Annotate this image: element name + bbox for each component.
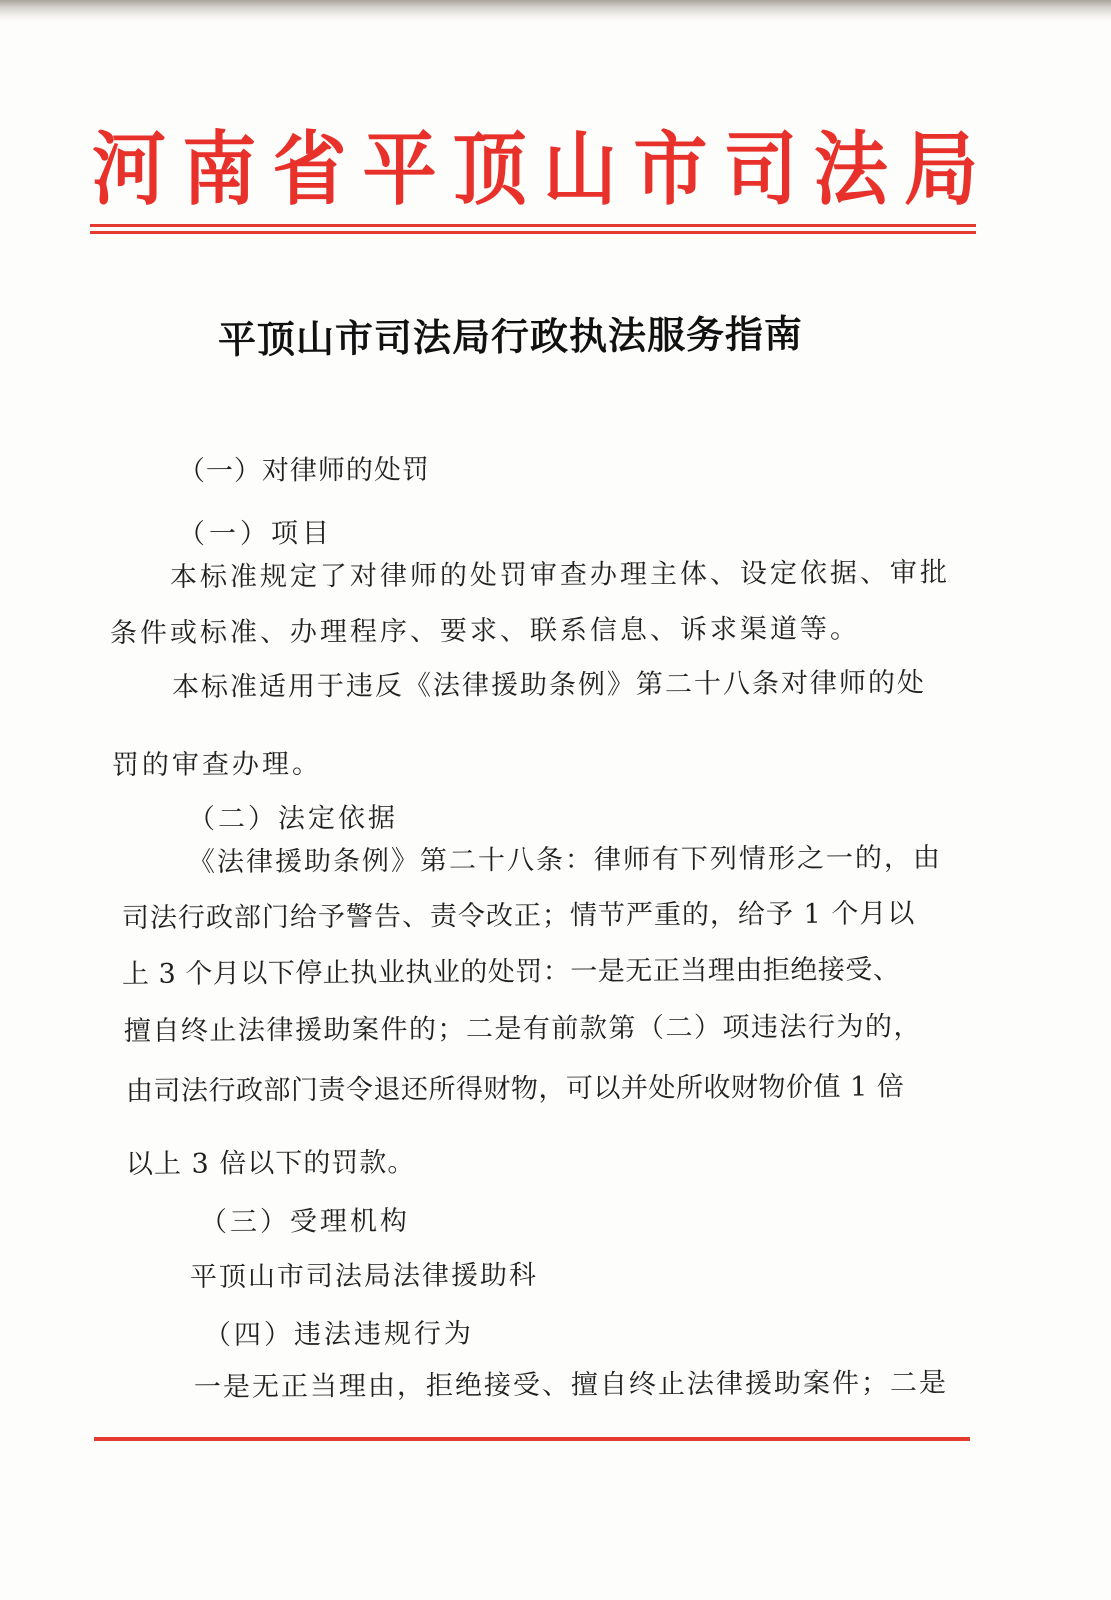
letterhead-char: 市: [633, 125, 707, 216]
letterhead-char: 局: [904, 125, 978, 216]
legal-basis-line: 《法律援助条例》第二十八条：律师有下列情形之一的，由: [188, 838, 942, 883]
legal-basis-line: 以上 3 倍以下的罚款。: [126, 1143, 416, 1185]
letterhead-char: 省: [272, 125, 346, 216]
letterhead-char: 山: [543, 125, 617, 216]
agency-name: 平顶山市司法局法律援助科: [190, 1256, 538, 1298]
section-heading-legal-basis: （二）法定依据: [188, 799, 398, 840]
section-heading-main: （一）对律师的处罚: [178, 450, 430, 492]
letterhead-char: 南: [182, 125, 256, 216]
legal-basis-line: 上 3 个月以下停止执业执业的处罚：一是无正当理由拒绝接受、: [122, 950, 901, 995]
letterhead-char: 法: [814, 125, 888, 216]
letterhead-rule-top: [90, 224, 976, 227]
footer-rule: [94, 1437, 970, 1441]
letterhead-char: 平: [363, 125, 437, 216]
scan-edge-shadow: [0, 0, 1111, 22]
paragraph-line: 本标准适用于违反《法律援助条例》第二十八条对律师的处: [172, 663, 926, 708]
legal-basis-line: 擅自终止法律援助案件的；二是有前款第（二）项违法行为的，: [124, 1007, 922, 1052]
letterhead-char: 河: [92, 125, 166, 216]
legal-basis-line: 由司法行政部门责令退还所得财物，可以并处所收财物价值 1 倍: [126, 1067, 905, 1112]
paragraph-line: 罚的审查办理。: [112, 745, 322, 786]
letterhead-org-name: 河 南 省 平 顶 山 市 司 法 局: [92, 128, 978, 212]
legal-basis-line: 司法行政部门给予警告、责令改正；情节严重的，给予 1 个月以: [122, 894, 916, 939]
section-heading-item: （一）项目: [178, 514, 333, 555]
section-heading-violations: （四）违法违规行为: [204, 1314, 474, 1356]
letterhead-char: 顶: [453, 125, 527, 216]
violations-line: 一是无正当理由，拒绝接受、擅自终止法律援助案件；二是: [194, 1363, 948, 1408]
document-title: 平顶山市司法局行政执法服务指南: [218, 309, 858, 364]
paragraph-line: 条件或标准、办理程序、要求、联系信息、诉求渠道等。: [110, 609, 860, 654]
letterhead-rule-bottom: [90, 231, 976, 234]
section-heading-agency: （三）受理机构: [200, 1202, 410, 1243]
paragraph-line: 本标准规定了对律师的处罚审查办理主体、设定依据、审批: [170, 553, 950, 598]
letterhead-char: 司: [724, 125, 798, 216]
